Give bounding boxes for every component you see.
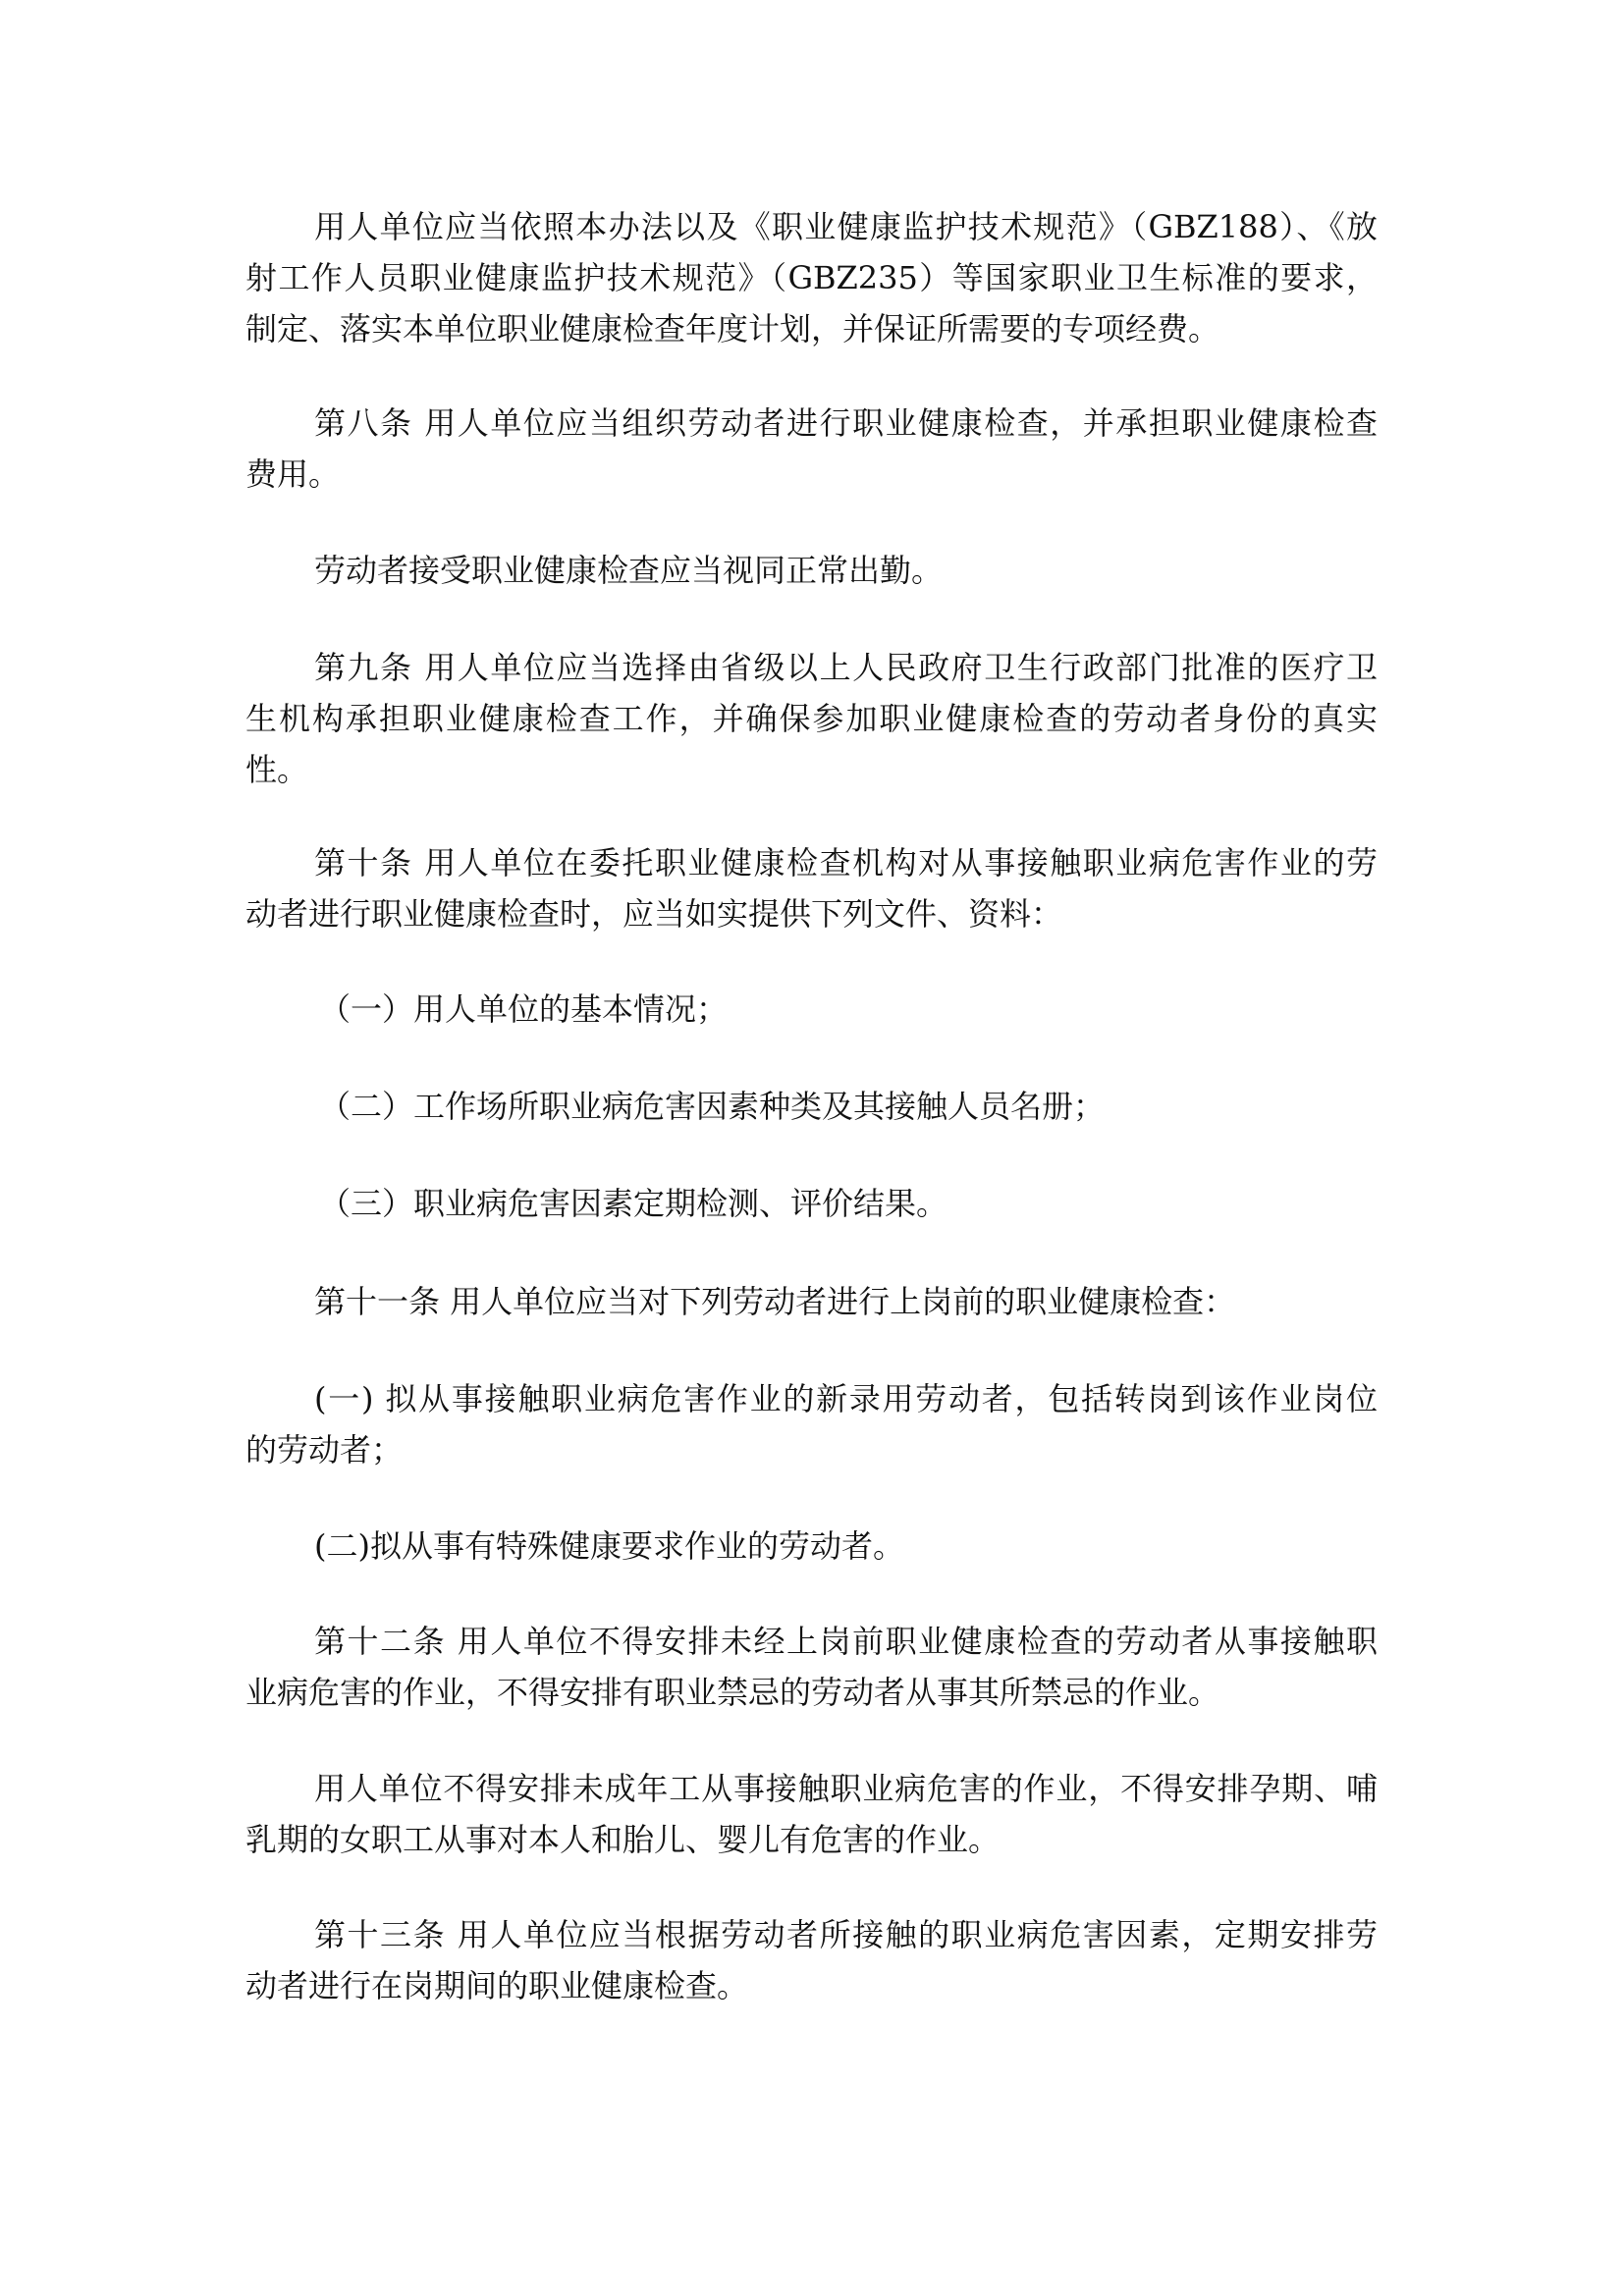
list-item: (二)拟从事有特殊健康要求作业的劳动者。	[314, 1521, 1378, 1572]
text-line: 乳期的女职工从事对本人和胎儿、婴儿有危害的作业。	[245, 1814, 1378, 1865]
text-line: 用人单位应当依照本办法以及《职业健康监护技术规范》（GBZ188）、《放	[314, 201, 1378, 252]
text-line: 第十一条 用人单位应当对下列劳动者进行上岗前的职业健康检查：	[314, 1276, 1378, 1327]
text-line: 第十三条 用人单位应当根据劳动者所接触的职业病危害因素，定期安排劳	[314, 1909, 1378, 1960]
text-line: 用人单位不得安排未成年工从事接触职业病危害的作业，不得安排孕期、哺	[314, 1763, 1378, 1814]
text-line: 动者进行职业健康检查时，应当如实提供下列文件、资料：	[245, 888, 1378, 939]
text-line: 劳动者接受职业健康检查应当视同正常出勤。	[314, 545, 1378, 596]
text-line: 第十二条 用人单位不得安排未经上岗前职业健康检查的劳动者从事接触职	[314, 1616, 1378, 1667]
text-line: 第十条 用人单位在委托职业健康检查机构对从事接触职业病危害作业的劳	[314, 837, 1378, 888]
document-page: 用人单位应当依照本办法以及《职业健康监护技术规范》（GBZ188）、《放 射工作…	[0, 0, 1624, 2296]
text-line: 生机构承担职业健康检查工作，并确保参加职业健康检查的劳动者身份的真实	[245, 693, 1378, 744]
text-line: 业病危害的作业，不得安排有职业禁忌的劳动者从事其所禁忌的作业。	[245, 1667, 1378, 1718]
text-line: 射工作人员职业健康监护技术规范》（GBZ235）等国家职业卫生标准的要求，	[245, 252, 1378, 303]
list-item: （三）职业病危害因素定期检测、评价结果。	[319, 1178, 1378, 1229]
list-item: (一) 拟从事接触职业病危害作业的新录用劳动者，包括转岗到该作业岗位	[314, 1373, 1378, 1424]
list-item: 的劳动者；	[245, 1424, 1378, 1475]
text-line: 费用。	[245, 449, 1378, 500]
text-line: 第九条 用人单位应当选择由省级以上人民政府卫生行政部门批准的医疗卫	[314, 642, 1378, 693]
text-line: 制定、落实本单位职业健康检查年度计划，并保证所需要的专项经费。	[245, 303, 1378, 354]
list-item: （一）用人单位的基本情况；	[319, 984, 1378, 1035]
list-item: （二）工作场所职业病危害因素种类及其接触人员名册；	[319, 1081, 1378, 1132]
text-line: 第八条 用人单位应当组织劳动者进行职业健康检查，并承担职业健康检查	[314, 398, 1378, 449]
text-line: 性。	[245, 744, 1378, 795]
text-line: 动者进行在岗期间的职业健康检查。	[245, 1960, 1378, 2011]
